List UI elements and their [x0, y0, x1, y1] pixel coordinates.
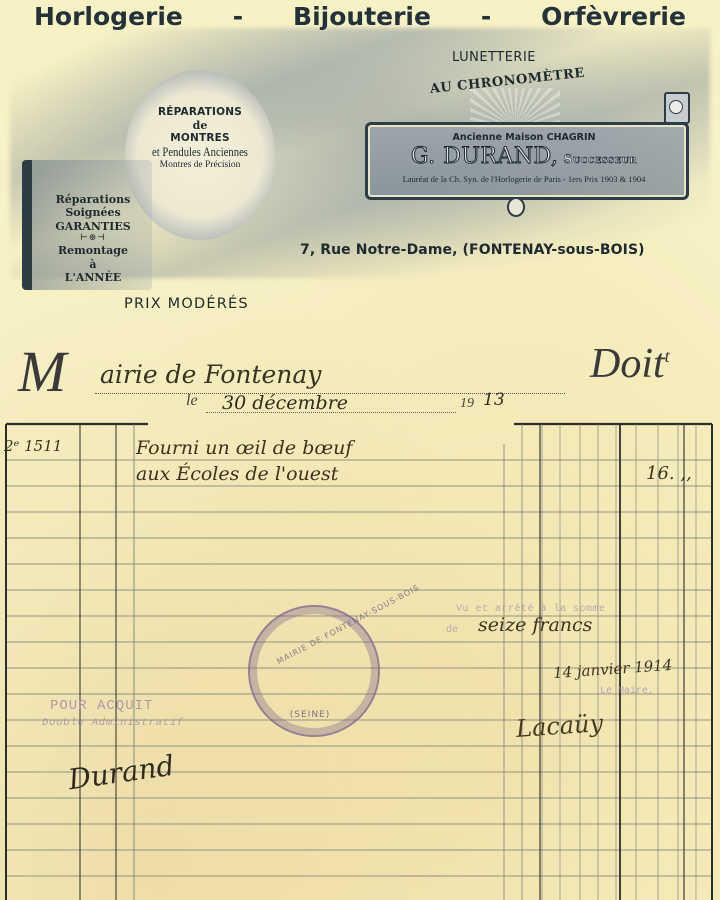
- trade-separator: -: [233, 2, 243, 31]
- sum-in-words: seize francs: [478, 614, 592, 636]
- de-label: de: [446, 625, 458, 636]
- proprietor-line: G. DURAND, Successeur: [365, 144, 683, 169]
- line-item-description: Fourni un œil de bœuf: [136, 437, 352, 459]
- services-line: Soignées: [38, 206, 148, 219]
- doit-label: Doitt: [590, 340, 670, 388]
- services-line: GARANTIES: [38, 220, 148, 233]
- trade-orfevrerie: Orfèvrerie: [541, 2, 686, 31]
- laureat-line: Lauréat de la Ch. Syn. de l'Horlogerie d…: [365, 174, 683, 184]
- doit-text: Doit: [590, 341, 665, 387]
- line-item-amount: 16. ,,: [646, 463, 692, 484]
- year-suffix: 13: [483, 390, 505, 410]
- medallion-line: et Pendules Anciennes: [139, 144, 262, 160]
- ancienne-maison: Ancienne Maison CHAGRIN: [365, 132, 683, 143]
- salutation-initial: M: [18, 338, 64, 405]
- stamp-bottom-text: (SEINE): [260, 710, 360, 720]
- medallion-line: MONTRES: [125, 132, 275, 145]
- line-item-ref: 2ᵉ 1511: [4, 437, 62, 455]
- date-label: le: [186, 392, 198, 410]
- services-line: L'ANNÉE: [38, 271, 148, 284]
- medallion-line: de: [125, 119, 275, 132]
- services-panel: Réparations Soignées GARANTIES ⊢⊛⊣ Remon…: [38, 193, 148, 284]
- successeur-label: Successeur: [564, 152, 638, 166]
- trades-title: Horlogerie - Bijouterie - Orfèvrerie: [0, 2, 720, 31]
- services-line: Remontage: [38, 244, 148, 257]
- shop-address: 7, Rue Notre-Dame, (FONTENAY-sous-BOIS): [300, 242, 645, 258]
- line-item-description: aux Écoles de l'ouest: [136, 463, 338, 485]
- lunetterie-label: LUNETTERIE: [452, 50, 536, 65]
- trade-horlogerie: Horlogerie: [34, 2, 183, 31]
- double-administratif-stamp: Double Administratif: [42, 717, 184, 729]
- ornament-divider-icon: ⊢⊛⊣: [38, 233, 148, 244]
- trade-bijouterie: Bijouterie: [293, 2, 431, 31]
- services-line: à: [38, 258, 148, 271]
- invoice-date: 30 décembre: [222, 392, 348, 414]
- doit-superscript: t: [665, 346, 670, 366]
- desk-clock-icon: [664, 92, 690, 124]
- prix-moderes: PRIX MODÉRÉS: [124, 296, 249, 312]
- year-prefix: 19: [460, 396, 474, 412]
- maire-label: Le Maire,: [600, 686, 654, 697]
- services-line: Réparations: [38, 193, 148, 206]
- proprietor-name: G. DURAND,: [411, 144, 559, 169]
- pocket-watch-icon: [507, 197, 525, 217]
- payee-name: airie de Fontenay: [100, 360, 321, 389]
- medallion-line: RÉPARATIONS: [125, 106, 275, 119]
- pour-acquit-stamp: POUR ACQUIT: [50, 698, 153, 714]
- trade-separator: -: [481, 2, 491, 31]
